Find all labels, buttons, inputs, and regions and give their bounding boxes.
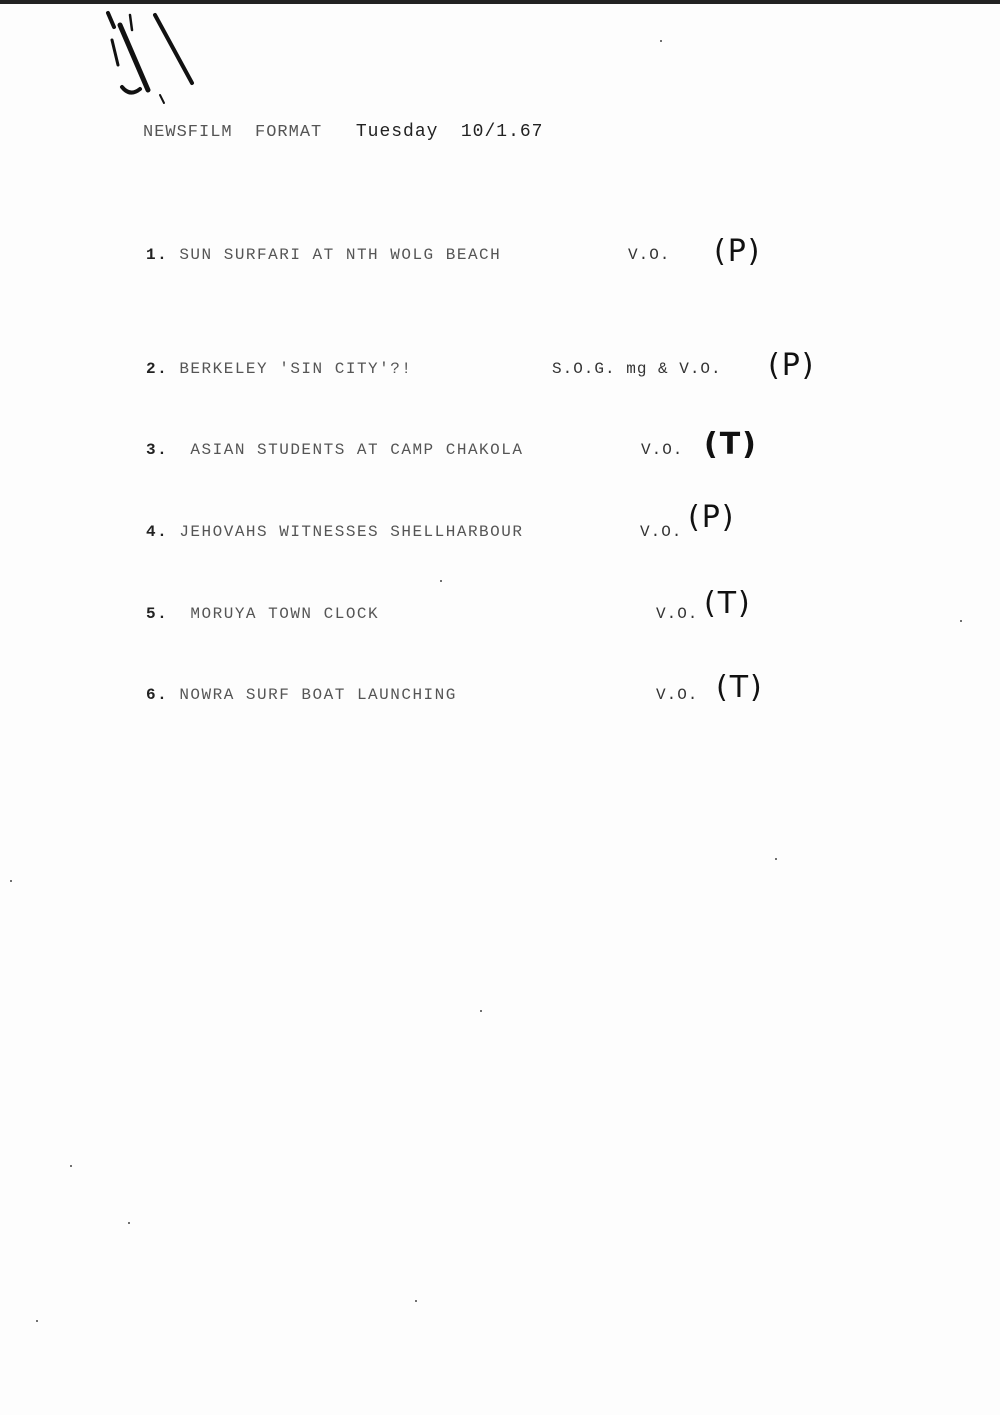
item-title: SUN SURFARI AT NTH WOLG BEACH: [179, 246, 501, 264]
list-item: 6. NOWRA SURF BOAT LAUNCHING: [146, 686, 457, 704]
title-date: 10/1.67: [461, 122, 544, 142]
scan-speck: [10, 880, 12, 882]
item-format: S.O.G. mg & V.O.: [552, 360, 722, 378]
scan-top-edge: [0, 0, 1000, 4]
title-label: NEWSFILM FORMAT: [143, 123, 322, 142]
handwritten-mark: (T): [704, 427, 758, 462]
list-item: 4. JEHOVAHS WITNESSES SHELLHARBOUR: [146, 523, 523, 541]
item-format: V.O.: [656, 686, 698, 704]
item-title: BERKELEY 'SIN CITY'?!: [179, 360, 412, 378]
handwritten-mark: (P): [768, 348, 816, 383]
handwritten-mark: (T): [704, 586, 752, 621]
scan-speck: [960, 620, 962, 622]
scan-speck: [128, 1222, 130, 1224]
item-title: MORUYA TOWN CLOCK: [190, 605, 379, 623]
item-number: 1.: [146, 246, 168, 264]
item-number: 3.: [146, 441, 168, 459]
scan-speck: [660, 40, 662, 42]
handwritten-mark: (P): [714, 234, 762, 269]
scan-speck: [70, 1165, 72, 1167]
item-number: 6.: [146, 686, 168, 704]
item-number: 5.: [146, 605, 168, 623]
list-item: 1. SUN SURFARI AT NTH WOLG BEACH: [146, 246, 501, 264]
document-title: NEWSFILM FORMAT Tuesday 10/1.67: [143, 122, 544, 142]
scan-speck: [36, 1320, 38, 1322]
list-item: 3. ASIAN STUDENTS AT CAMP CHAKOLA: [146, 441, 523, 459]
scan-speck: [415, 1300, 417, 1302]
item-format: V.O.: [641, 441, 683, 459]
handwritten-mark: (P): [688, 500, 736, 535]
title-day: Tuesday: [356, 122, 439, 142]
handwritten-mark: (T): [716, 670, 764, 705]
item-title: NOWRA SURF BOAT LAUNCHING: [179, 686, 457, 704]
list-item: 5. MORUYA TOWN CLOCK: [146, 605, 379, 623]
item-number: 2.: [146, 360, 168, 378]
item-title: JEHOVAHS WITNESSES SHELLHARBOUR: [179, 523, 523, 541]
list-item: 2. BERKELEY 'SIN CITY'?!: [146, 360, 412, 378]
item-format: V.O.: [640, 523, 682, 541]
scan-speck: [480, 1010, 482, 1012]
scan-speck: [775, 858, 777, 860]
scan-speck: [440, 580, 442, 582]
handwritten-slash-marks-icon: [100, 5, 200, 115]
item-format: V.O.: [656, 605, 698, 623]
item-title: ASIAN STUDENTS AT CAMP CHAKOLA: [190, 441, 523, 459]
item-format: V.O.: [628, 246, 670, 264]
item-number: 4.: [146, 523, 168, 541]
